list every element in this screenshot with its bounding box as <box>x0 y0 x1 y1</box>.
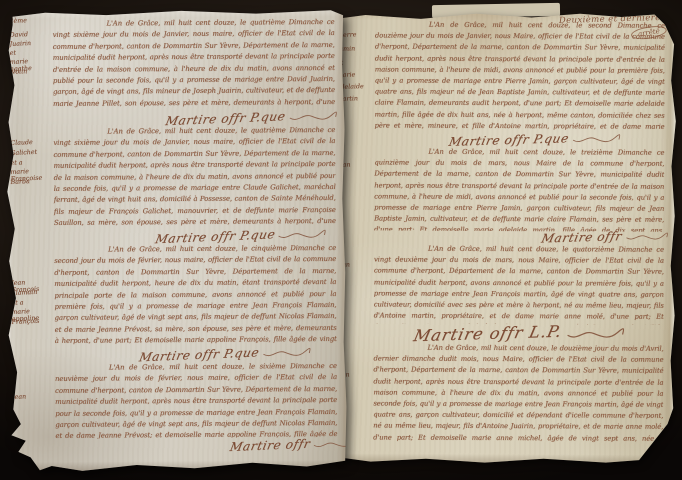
margin-note: David <box>9 30 51 39</box>
margin-note: Nolin <box>10 67 52 76</box>
signature-row: Martire offr <box>230 437 337 453</box>
record-text: L'An de Grâce, mil huit cent douze, le c… <box>54 243 337 347</box>
margin-note: et a <box>11 298 53 307</box>
margin-note: Galichet <box>10 148 52 157</box>
record-text: L'An de Grâce, mil huit cent douze, le q… <box>52 17 335 111</box>
margin-note: François <box>11 317 53 326</box>
signature-row: Martire offr P.que <box>155 227 336 244</box>
signature-flourish-icon <box>313 439 359 450</box>
margin-note: 2ème <box>9 16 51 25</box>
signature-row: Martire offr P.que <box>166 109 335 126</box>
left-page-wrapper: 2ème David Juairin et marie agathe Nolin… <box>0 0 682 480</box>
signature-flourish-icon <box>288 111 338 123</box>
margin-note: Jean <box>12 392 54 401</box>
margin-note: et <box>10 48 52 57</box>
margin-note: Flamain <box>11 288 53 297</box>
signature-flourish-icon <box>261 347 311 359</box>
signature-flourish-icon <box>277 229 327 241</box>
signature-row: Martire offr P.que <box>139 345 337 362</box>
record-text: L'An de Grâce, mil huit cent douze, le q… <box>53 125 336 229</box>
signature: Martire offr <box>228 437 311 454</box>
margin-note: Barba <box>10 177 52 186</box>
left-page-text: L'An de Grâce, mil huit cent douze, le q… <box>52 17 337 470</box>
record-text: L'An de Grâce, mil huit cent douze, le s… <box>55 361 338 439</box>
left-page: 2ème David Juairin et marie agathe Nolin… <box>4 9 347 474</box>
margin-note: et a <box>10 158 52 167</box>
margin-note: Claude <box>10 138 52 147</box>
margin-note: Juairin <box>9 39 51 48</box>
manuscript-scan: Deuxième et dernière arrêté pierre Jamin… <box>0 0 682 480</box>
